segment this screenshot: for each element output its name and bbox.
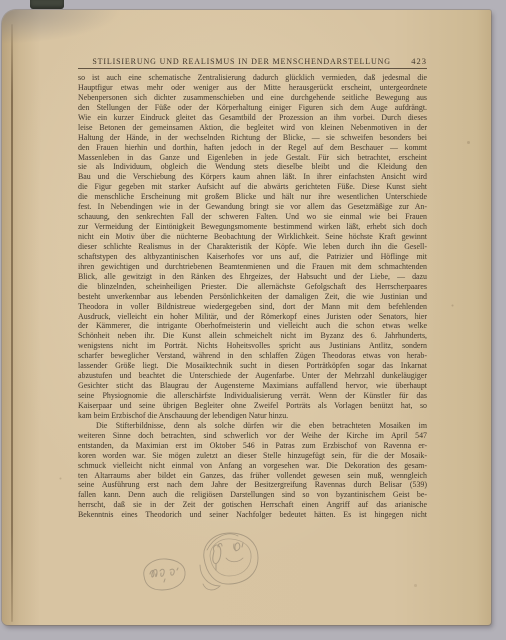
text-line: fallen kann. Denn auch die religiösen Da… — [78, 490, 427, 500]
text-line: Bekenntnis eines Theodorich und seiner N… — [78, 510, 427, 520]
text-line: schmuck vielleicht nicht einmal von Anfa… — [78, 461, 427, 471]
pencil-scribble-large-icon — [200, 533, 258, 590]
text-line: sie als Individuum, obgleich die Wendung… — [78, 162, 427, 172]
text-line: Haltung der Hände, in der wechselnden Ri… — [78, 133, 427, 143]
book-page: STILISIERUNG UND REALISMUS IN DER MENSCH… — [2, 10, 491, 625]
text-line: Bau und die Verschiebung des Körpers kau… — [78, 172, 427, 182]
text-line: schaftstypen des altbyzantinischen Kaise… — [78, 252, 427, 262]
page-text: so ist auch eine schematische Zentralisi… — [78, 73, 427, 520]
text-line: zur Vermeidung der Eintönigkeit Bewegung… — [78, 222, 427, 232]
text-line: abzustufen und beachtet die Unterschiede… — [78, 371, 427, 381]
text-line: scharfer beweglicher Verstand, während i… — [78, 351, 427, 361]
text-line: der Kämmerer, die intrigante Oberhofmeis… — [78, 321, 427, 331]
pencil-scribble-small-icon — [144, 559, 185, 590]
text-line: so ist auch eine schematische Zentralisi… — [78, 73, 427, 83]
text-line: Kaiserpaar und seine übrigen Begleiter o… — [78, 401, 427, 411]
text-line: seine Physiognomie die allerschärfste In… — [78, 391, 427, 401]
running-header: STILISIERUNG UND REALISMUS IN DER MENSCH… — [78, 53, 427, 69]
text-line: nicht ein Motiv über die nüchterne Beoba… — [78, 232, 427, 242]
text-line: Wie ein kurzer Eindruck gleitet das Gesa… — [78, 113, 427, 123]
paper-specks — [0, 0, 1, 1]
text-line: die Figur gegeben mit starker Aufsicht a… — [78, 182, 427, 192]
text-line: Theodora in voller Bildnistreue wiederge… — [78, 302, 427, 312]
header-title: STILISIERUNG UND REALISMUS IN DER MENSCH… — [78, 57, 405, 66]
text-line: Massenleben in das Ganze und Eigenleben … — [78, 153, 427, 163]
text-line: Die Stifterbildnisse, denn als solche dü… — [78, 421, 427, 431]
text-line: den Frauen hierhin und dorthin, haften j… — [78, 143, 427, 153]
text-line: Blick, alle gewitzigt in den Ränken des … — [78, 272, 427, 282]
text-line: herrscht, daß sie in der Zeit der gotisc… — [78, 500, 427, 510]
pencil-scribbles — [130, 520, 270, 610]
text-line: Hauptfigur etwas mehr oder weniger aus d… — [78, 83, 427, 93]
text-line: Gesichter sticht das Blaugrau der Augens… — [78, 381, 427, 391]
text-line: dieser schlichte Realismus in der Charak… — [78, 242, 427, 252]
text-line: wenigstens nicht im Porträt. Nichts Hohe… — [78, 341, 427, 351]
page-number: 423 — [405, 56, 427, 66]
text-line: entstanden, da Maximian erst im Oktober … — [78, 441, 427, 451]
text-line: besteht unverkennbar aus lebenden Persön… — [78, 292, 427, 302]
text-line: die blinzelnden, scheinheiligen Priester… — [78, 282, 427, 292]
scanned-book-page-screenshot: { "colors": { "background_gray": "#b3b1b… — [0, 0, 506, 640]
corner-shadow — [2, 10, 122, 44]
text-line: seine Ausführung erst nach dem Jahre der… — [78, 480, 427, 490]
text-line: kam beim Erzbischof die Anschauung der l… — [78, 411, 427, 421]
text-line: lassender Größe liegt. Die Mosaiktechnik… — [78, 361, 427, 371]
gutter-shadow — [2, 10, 40, 625]
text-line: die menschliche Erscheinung mit großem B… — [78, 192, 427, 202]
text-line: koren worden war. Sie mögen zuletzt an d… — [78, 451, 427, 461]
page-fold-line — [11, 24, 13, 622]
text-line: ten Altarraums aber bildet ein Ganzes, d… — [78, 471, 427, 481]
text-line: schauung, den senkrechten Fall der schwe… — [78, 212, 427, 222]
text-line: Nebenpersonen sich dichter zusammenschie… — [78, 93, 427, 103]
text-line: ihren gewichtigen und durchtriebenen Bea… — [78, 262, 427, 272]
text-line: fest. In Nebendingen wie in der Gewandun… — [78, 202, 427, 212]
book-binding-edge — [30, 0, 64, 9]
text-line: weiteren Sinne doch betrachten, sind sch… — [78, 431, 427, 441]
text-line: den Stellungen der Füße oder der Körperh… — [78, 103, 427, 113]
text-line: leise Betonen der gemeinsamen Aktion, di… — [78, 123, 427, 133]
text-line: Ausdruck, vielleicht ein hoher Militär, … — [78, 312, 427, 322]
text-line: Schönheit neben ihr. Die Kunst allein sc… — [78, 331, 427, 341]
